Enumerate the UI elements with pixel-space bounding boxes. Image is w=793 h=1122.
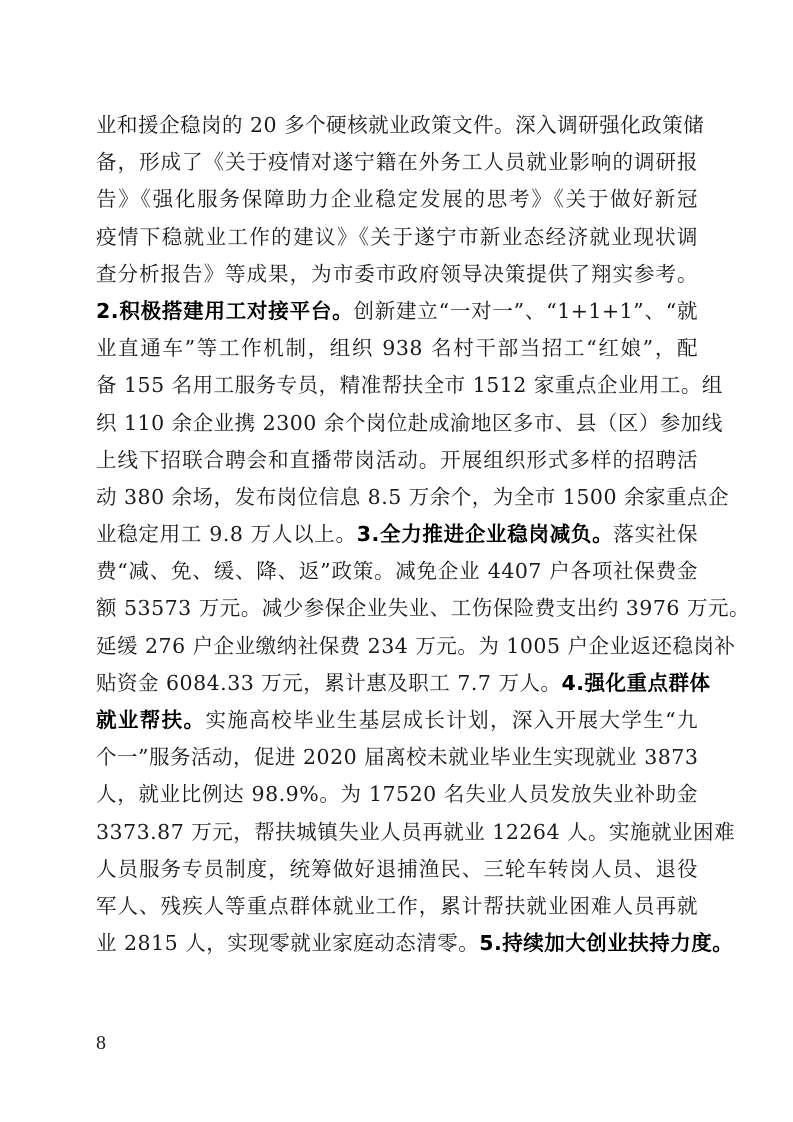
text-line: 人员服务专员制度，统筹做好退捕渔民、三轮车转岗人员、退役 xyxy=(96,851,698,888)
section-heading: 4.强化重点群体 xyxy=(561,671,710,695)
text-line: 业和援企稳岗的 20 多个硬核就业政策文件。深入调研强化政策储 xyxy=(96,107,698,144)
section-heading: 5.持续加大创业扶持力度。 xyxy=(479,931,733,955)
text-run: 疫情下稳就业工作的建议》《关于遂宁市新业态经济就业现状调 xyxy=(96,225,698,249)
section-heading: 3.全力推进企业稳岗减负。 xyxy=(357,522,614,546)
text-run: 告》《强化服务保障助力企业稳定发展的思考》《关于做好新冠 xyxy=(96,187,698,211)
body-text: 业和援企稳岗的 20 多个硬核就业政策文件。深入调研强化政策储备，形成了《关于疫… xyxy=(96,107,698,962)
text-line: 动 380 余场，发布岗位信息 8.5 万余个，为全市 1500 余家重点企 xyxy=(96,479,698,516)
text-run: 织 110 余企业携 2300 余个岗位赴成渝地区多市、县（区）参加线 xyxy=(96,411,723,435)
text-line: 告》《强化服务保障助力企业稳定发展的思考》《关于做好新冠 xyxy=(96,181,698,218)
text-line: 贴资金 6084.33 万元，累计惠及职工 7.7 万人。4.强化重点群体 xyxy=(96,665,698,702)
text-run: 备，形成了《关于疫情对遂宁籍在外务工人员就业影响的调研报 xyxy=(96,150,698,174)
text-run: 查分析报告》等成果，为市委市政府领导决策提供了翔实参考。 xyxy=(96,262,698,286)
text-line: 延缓 276 户企业缴纳社保费 234 万元。为 1005 户企业返还稳岗补 xyxy=(96,628,698,665)
text-line: 3373.87 万元，帮扶城镇失业人员再就业 12264 人。实施就业困难 xyxy=(96,814,698,851)
text-line: 上线下招联合聘会和直播带岗活动。开展组织形式多样的招聘活 xyxy=(96,442,698,479)
text-run: 额 53573 万元。减少参保企业失业、工伤保险费支出约 3976 万元。 xyxy=(96,596,750,620)
text-line: 备 155 名用工服务专员，精准帮扶全市 1512 家重点企业用工。组 xyxy=(96,367,698,404)
text-line: 个一”服务活动，促进 2020 届离校未就业毕业生实现就业 3873 xyxy=(96,739,698,776)
text-run: 落实社保 xyxy=(613,522,698,546)
text-line: 军人、残疾人等重点群体就业工作，累计帮扶就业困难人员再就 xyxy=(96,888,698,925)
text-run: 3373.87 万元，帮扶城镇失业人员再就业 12264 人。实施就业困难 xyxy=(96,820,735,844)
text-run: 业 2815 人，实现零就业家庭动态清零。 xyxy=(96,931,479,955)
text-run: 人员服务专员制度，统筹做好退捕渔民、三轮车转岗人员、退役 xyxy=(96,857,698,881)
text-run: 动 380 余场，发布岗位信息 8.5 万余个，为全市 1500 余家重点企 xyxy=(96,485,729,509)
text-run: 业直通车”等工作机制，组织 938 名村干部当招工“红娘”，配 xyxy=(96,336,698,360)
text-run: 军人、残疾人等重点群体就业工作，累计帮扶就业困难人员再就 xyxy=(96,894,698,918)
text-line: 业稳定用工 9.8 万人以上。3.全力推进企业稳岗减负。落实社保 xyxy=(96,516,698,553)
text-run: 个一”服务活动，促进 2020 届离校未就业毕业生实现就业 3873 xyxy=(96,745,698,769)
text-run: 创新建立“一对一”、“1+1+1”、“就 xyxy=(353,299,698,323)
text-run: 延缓 276 户企业缴纳社保费 234 万元。为 1005 户企业返还稳岗补 xyxy=(96,634,736,658)
page-number: 8 xyxy=(96,1032,106,1055)
text-run: 贴资金 6084.33 万元，累计惠及职工 7.7 万人。 xyxy=(96,671,561,695)
text-line: 2.积极搭建用工对接平台。创新建立“一对一”、“1+1+1”、“就 xyxy=(96,293,698,330)
section-heading: 2.积极搭建用工对接平台。 xyxy=(96,299,353,323)
text-run: 备 155 名用工服务专员，精准帮扶全市 1512 家重点企业用工。组 xyxy=(96,373,723,397)
text-run: 业稳定用工 9.8 万人以上。 xyxy=(96,522,357,546)
text-run: 费“减、免、缓、降、返”政策。减免企业 4407 户各项社保费金 xyxy=(96,559,698,583)
text-line: 就业帮扶。实施高校毕业生基层成长计划，深入开展大学生“九 xyxy=(96,702,698,739)
text-line: 业直通车”等工作机制，组织 938 名村干部当招工“红娘”，配 xyxy=(96,330,698,367)
document-page: 业和援企稳岗的 20 多个硬核就业政策文件。深入调研强化政策储备，形成了《关于疫… xyxy=(0,0,793,1122)
text-line: 额 53573 万元。减少参保企业失业、工伤保险费支出约 3976 万元。 xyxy=(96,590,698,627)
text-run: 人，就业比例达 98.9%。为 17520 名失业人员发放失业补助金 xyxy=(96,782,698,806)
text-line: 织 110 余企业携 2300 余个岗位赴成渝地区多市、县（区）参加线 xyxy=(96,405,698,442)
text-run: 业和援企稳岗的 20 多个硬核就业政策文件。深入调研强化政策储 xyxy=(96,113,704,137)
text-line: 备，形成了《关于疫情对遂宁籍在外务工人员就业影响的调研报 xyxy=(96,144,698,181)
text-line: 费“减、免、缓、降、返”政策。减免企业 4407 户各项社保费金 xyxy=(96,553,698,590)
section-heading: 就业帮扶。 xyxy=(96,708,205,732)
text-line: 人，就业比例达 98.9%。为 17520 名失业人员发放失业补助金 xyxy=(96,776,698,813)
text-run: 上线下招联合聘会和直播带岗活动。开展组织形式多样的招聘活 xyxy=(96,448,698,472)
text-line: 疫情下稳就业工作的建议》《关于遂宁市新业态经济就业现状调 xyxy=(96,219,698,256)
text-line: 业 2815 人，实现零就业家庭动态清零。5.持续加大创业扶持力度。 xyxy=(96,925,698,962)
text-run: 实施高校毕业生基层成长计划，深入开展大学生“九 xyxy=(205,708,698,732)
text-line: 查分析报告》等成果，为市委市政府领导决策提供了翔实参考。 xyxy=(96,256,698,293)
